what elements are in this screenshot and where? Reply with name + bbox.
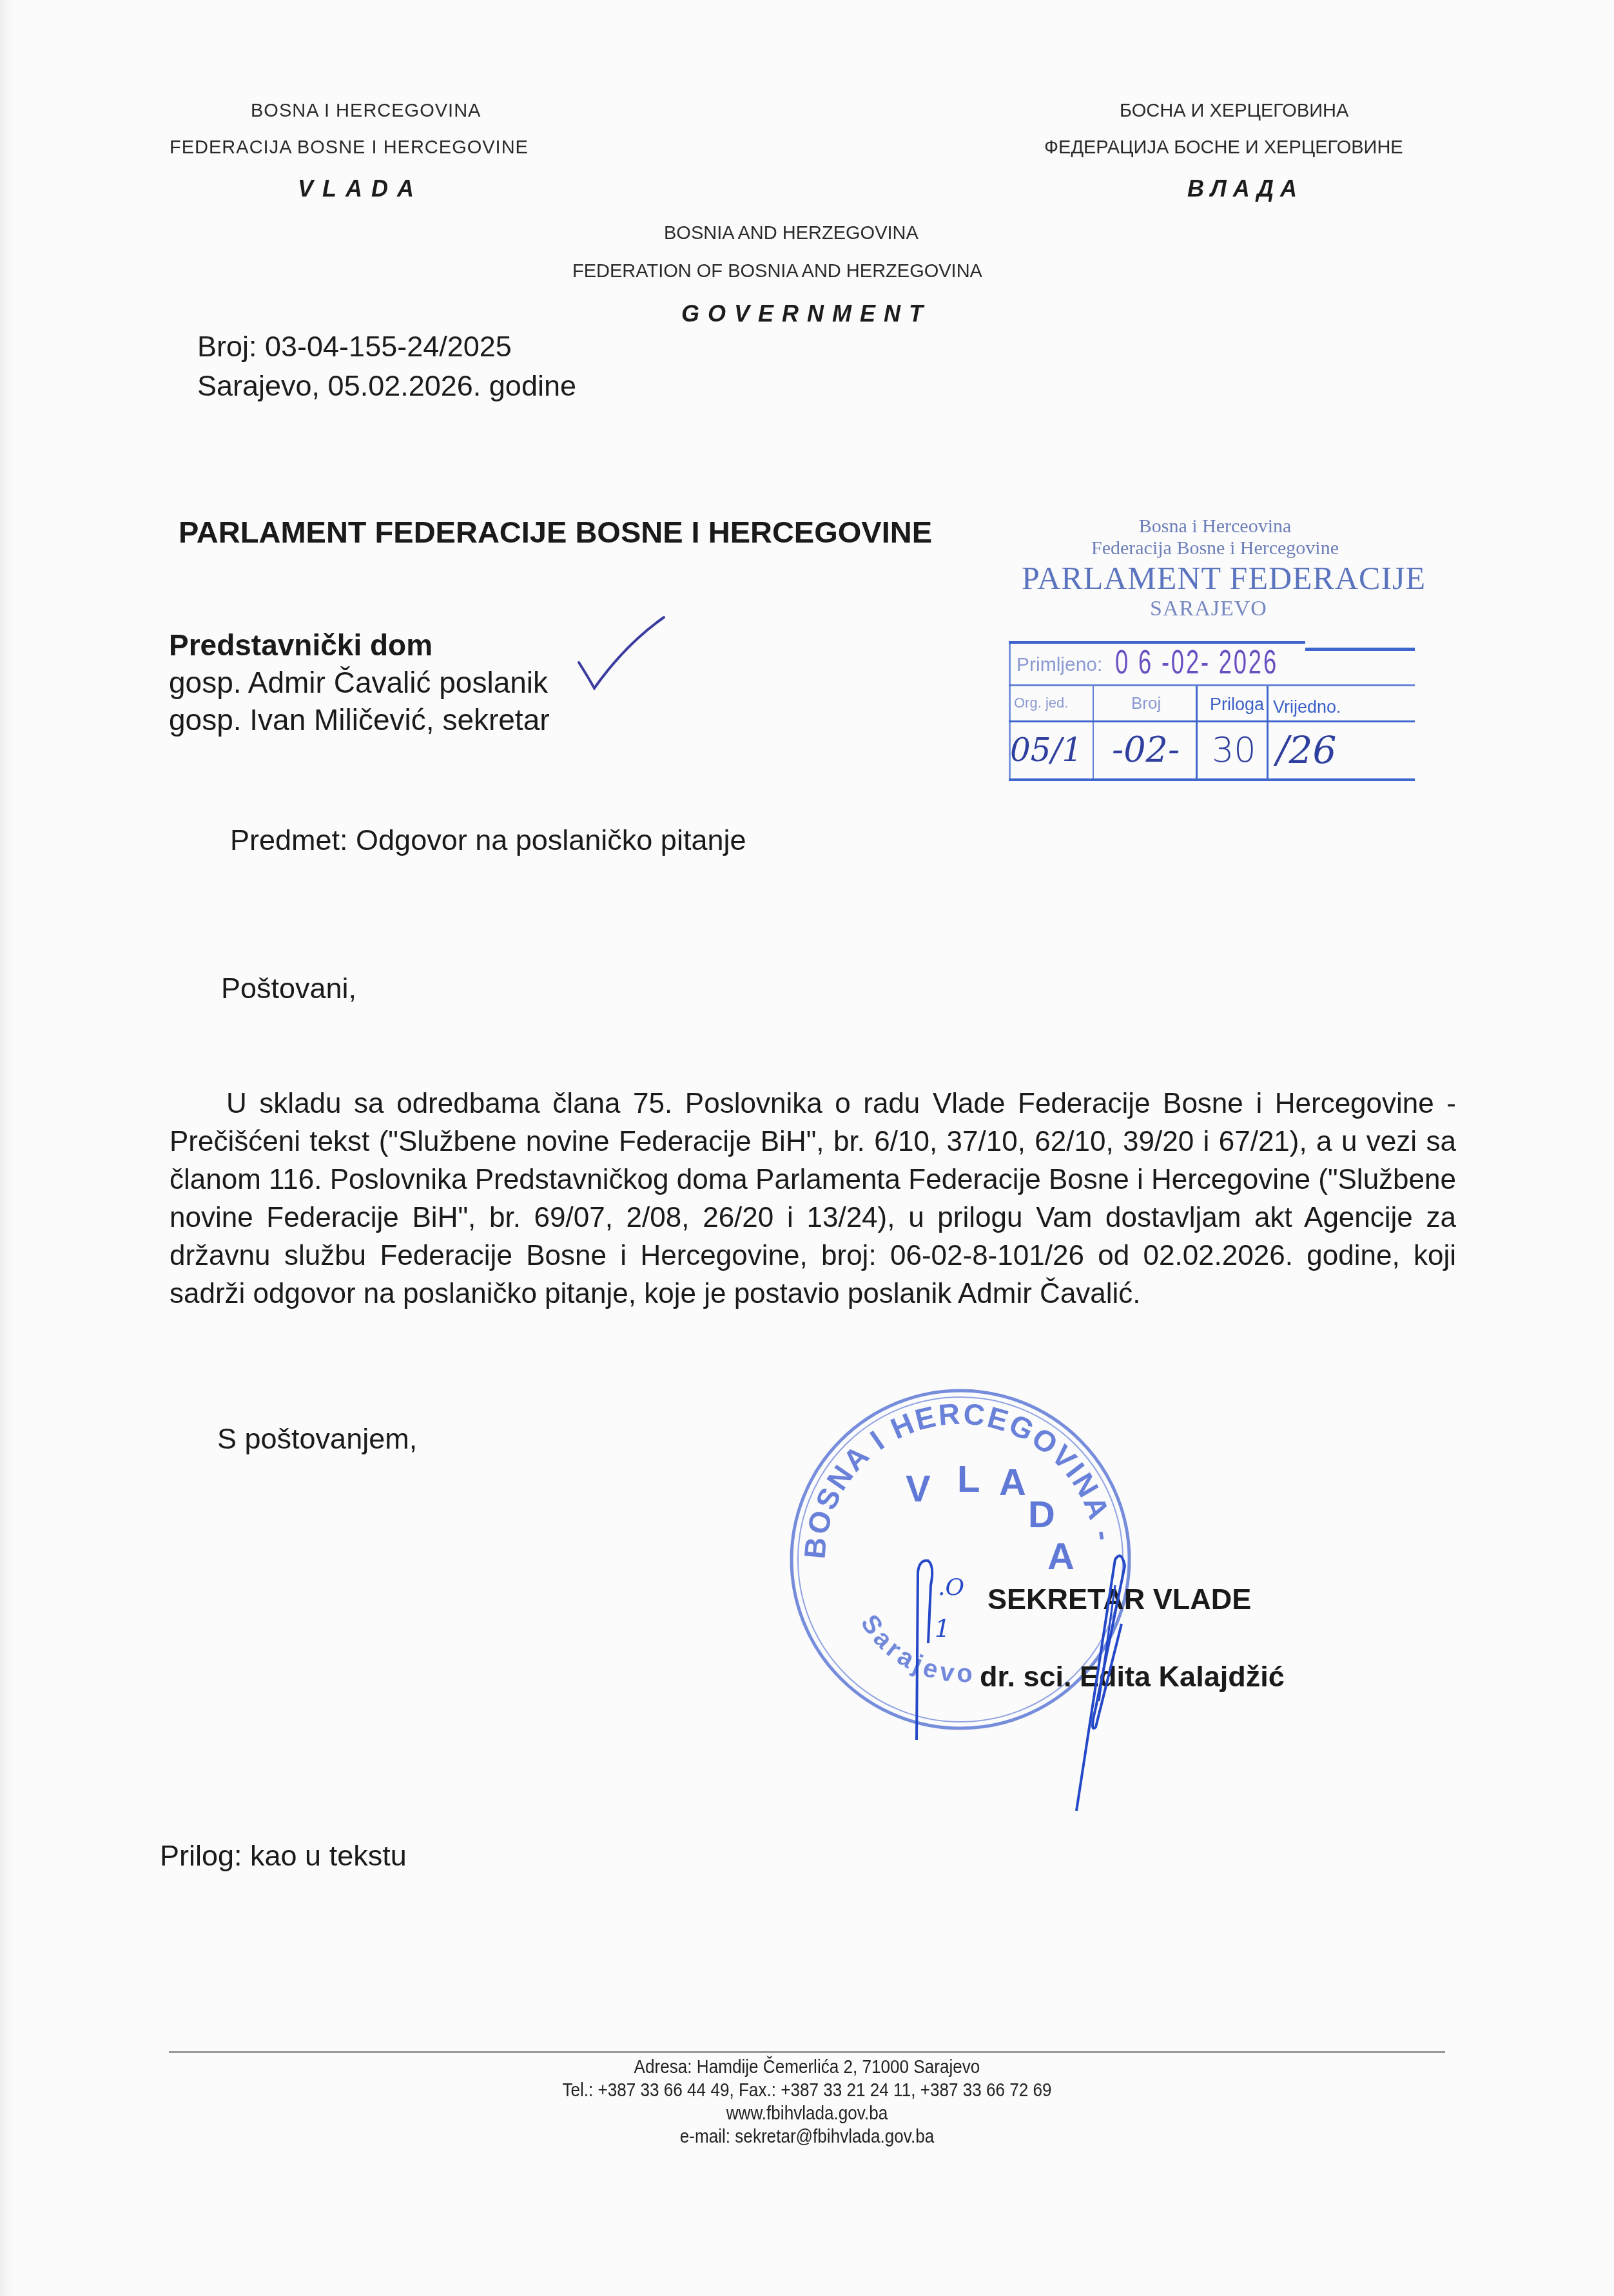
recipient-institution: PARLAMENT FEDERACIJE BOSNE I HERCEGOVINE	[179, 514, 932, 550]
stamp-line4: SARAJEVO	[1015, 597, 1402, 621]
recipient-addressee-1: gosp. Admir Čavalić poslanik	[169, 664, 550, 701]
footer-phones: Tel.: +387 33 66 44 49, Fax.: +387 33 21…	[81, 2079, 1533, 2102]
scan-page-edge	[0, 0, 15, 2296]
stamp-line1: Bosna i Herceovina	[1028, 516, 1402, 537]
stamp-received-date: 0 6 -02- 2026	[1115, 643, 1278, 682]
closing: S poštovanjem,	[217, 1422, 417, 1456]
letterhead-left-title: VLADA	[298, 175, 423, 202]
svg-text:BOSNA I HERCEGOVINA - FEDERACI: BOSNA I HERCEGOVINA - FEDERACIJA BOSNE	[780, 1373, 1123, 1560]
stamp-col-attachments: Priloga	[1210, 695, 1264, 715]
attachment-note: Prilog: kao u tekstu	[160, 1839, 407, 1873]
svg-text:A: A	[999, 1462, 1026, 1503]
subject-line: Predmet: Odgovor na poslaničko pitanje	[230, 824, 746, 857]
svg-text:D: D	[1028, 1494, 1055, 1536]
stamp-col-number: Broj	[1131, 693, 1161, 713]
svg-text:V: V	[906, 1468, 931, 1510]
recipient-block: Predstavnički dom gosp. Admir Čavalić po…	[169, 626, 550, 738]
letterhead-center-title: GOVERNMENT	[681, 300, 931, 327]
letterhead-left-line2: FEDERACIJA BOSNE I HERCEGOVINE	[170, 137, 529, 159]
svg-text:L: L	[957, 1458, 980, 1500]
stamp-col-org-unit: Org. jed.	[1014, 695, 1068, 711]
footer-address: Adresa: Hamdije Čemerlića 2, 71000 Saraj…	[81, 2056, 1533, 2079]
document-meta: Broj: 03-04-155-24/2025 Sarajevo, 05.02.…	[197, 327, 576, 405]
stamp-handwritten-attachments: 30	[1212, 729, 1256, 770]
letterhead-right-line1: БОСНА И ХЕРЦЕГОВИНА	[1120, 101, 1348, 122]
received-stamp: Bosna i Herceovina Federacija Bosne i He…	[1002, 516, 1454, 799]
stamp-received-label: Primljeno:	[1016, 654, 1102, 676]
footer-email[interactable]: e-mail: sekretar@fbihvlada.gov.ba	[81, 2125, 1533, 2148]
handwritten-signature-icon: .O 1	[902, 1547, 1147, 1817]
document-place-date: Sarajevo, 05.02.2026. godine	[197, 366, 576, 405]
stamp-handwritten-org-unit: 05/1	[1010, 731, 1082, 769]
svg-text:.O: .O	[938, 1574, 964, 1601]
letterhead-center-line2: FEDERATION OF BOSNIA AND HERZEGOVINA	[572, 261, 982, 282]
stamp-handwritten-value: /26	[1276, 728, 1336, 772]
letterhead-right-title: ВЛАДА	[1187, 175, 1303, 202]
letterhead-left-line1: BOSNA I HERCEGOVINA	[251, 101, 481, 122]
svg-text:1: 1	[935, 1614, 950, 1643]
received-stamp-header: Bosna i Herceovina Federacija Bosne i He…	[1002, 516, 1402, 621]
body-paragraph: U skladu sa odredbama člana 75. Poslovni…	[170, 1085, 1456, 1313]
salutation: Poštovani,	[221, 972, 356, 1005]
recipient-addressee-2: gosp. Ivan Miličević, sekretar	[169, 701, 550, 738]
stamp-line3: PARLAMENT FEDERACIJE	[1022, 559, 1402, 597]
footer: Adresa: Hamdije Čemerlića 2, 71000 Saraj…	[0, 2056, 1614, 2148]
letterhead-right-line2: ФЕДЕРАЦИЈА БОСНЕ И ХЕРЦЕГОВИНЕ	[1044, 137, 1403, 159]
footer-website[interactable]: www.fbihvlada.gov.ba	[81, 2102, 1533, 2125]
checkmark-icon	[574, 612, 677, 702]
letterhead-center-line1: BOSNIA AND HERZEGOVINA	[664, 223, 919, 244]
footer-divider	[169, 2051, 1445, 2053]
stamp-col-value: Vrijedno.	[1273, 697, 1341, 717]
stamp-handwritten-number: -02-	[1112, 729, 1180, 770]
document-number: Broj: 03-04-155-24/2025	[197, 327, 576, 366]
stamp-line2: Federacija Bosne i Hercegovine	[1028, 537, 1402, 559]
recipient-house: Predstavnički dom	[169, 626, 550, 664]
